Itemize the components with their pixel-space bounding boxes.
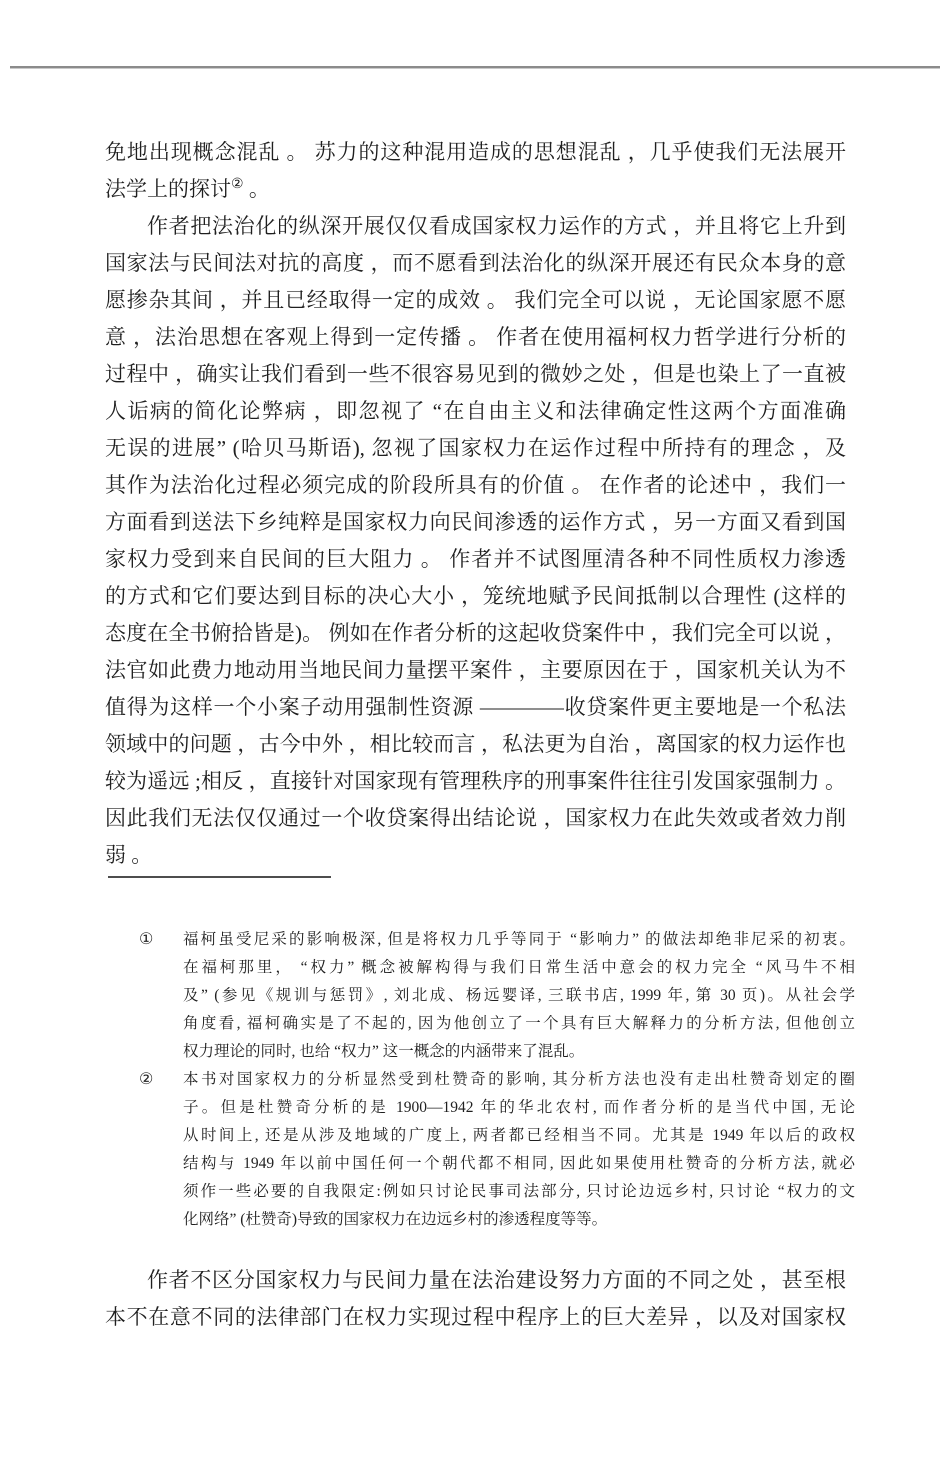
body-line: 作者不区分国家权力与民间力量在法治建设努力方面的不同之处 ，甚至根 <box>105 1262 846 1299</box>
body-line: 过程中 ，确实让我们看到一些不很容易见到的微妙之处 ，但是也染上了一直被 <box>105 356 846 393</box>
body-line: 较为遥远 ;相反 ，直接针对国家现有管理秩序的刑事案件往往引发国家强制力 。 <box>105 763 846 800</box>
body-line: 作者把法治化的纵深开展仅仅看成国家权力运作的方式 ，并且将它上升到 <box>105 208 846 245</box>
body-line: 值得为这样一个小案子动用强制性资源 ————收贷案件更主要地是一个私法 <box>105 689 846 726</box>
footnote-line: 从时间上, 还是从涉及地域的广度上, 两者都已经相当不同。尤其是 1949 年以… <box>183 1122 855 1150</box>
body-line: 方面看到送法下乡纯粹是国家权力向民间渗透的运作方式 ，另一方面又看到国 <box>105 504 846 541</box>
body-line-text: 法学上的探讨 <box>105 177 231 201</box>
footnote-line: 本书对国家权力的分析显然受到杜赞奇的影响, 其分析方法也没有走出杜赞奇划定的圈 <box>183 1066 855 1094</box>
footnote-2: ② 本书对国家权力的分析显然受到杜赞奇的影响, 其分析方法也没有走出杜赞奇划定的… <box>183 1066 855 1234</box>
body-line: 愿掺杂其间 ，并且已经取得一定的成效 。 我们完全可以说 ，无论国家愿不愿 <box>105 282 846 319</box>
body-line: 意 ，法治思想在客观上得到一定传播 。 作者在使用福柯权力哲学进行分析的 <box>105 319 846 356</box>
closing-paragraph: 作者不区分国家权力与民间力量在法治建设努力方面的不同之处 ，甚至根 本不在意不同… <box>105 1262 846 1336</box>
footnote-line: 权力理论的同时, 也给 “权力” 这一概念的内涵带来了混乱。 <box>183 1038 855 1066</box>
footnotes: ① 福柯虽受尼采的影响极深, 但是将权力几乎等同于 “影响力” 的做法却绝非尼采… <box>183 926 855 1234</box>
body-line: 的方式和它们要达到目标的决心大小 ，笼统地赋予民间抵制以合理性 (这样的 <box>105 578 846 615</box>
body-line-text: 。 <box>244 177 270 201</box>
body-line: 法官如此费力地动用当地民间力量摆平案件 ，主要原因在于 ，国家机关认为不 <box>105 652 846 689</box>
body-line: 弱 。 <box>105 837 846 874</box>
body-line: 无误的进展” (哈贝马斯语), 忽视了国家权力在运作过程中所持有的理念 ，及 <box>105 430 846 467</box>
footnote-line: 结构与 1949 年以前中国任何一个朝代都不相同, 因此如果使用杜赞奇的分析方法… <box>183 1150 855 1178</box>
body-line: 其作为法治化过程必须完成的阶段所具有的价值 。 在作者的论述中 ，我们一 <box>105 467 846 504</box>
body-line: 领域中的问题 ，古今中外 ，相比较而言 ，私法更为自治 ，离国家的权力运作也 <box>105 726 846 763</box>
body-line: 家权力受到来自民间的巨大阻力 。 作者并不试图厘清各种不同性质权力渗透 <box>105 541 846 578</box>
footnote-line: 及” (参见《规训与惩罚》, 刘北成、杨远婴译, 三联书店, 1999 年, 第… <box>183 982 855 1010</box>
footnote-line: 须作一些必要的自我限定:例如只讨论民事司法部分, 只讨论边远乡村, 只讨论 “权… <box>183 1178 855 1206</box>
footnote-marker-2: ② <box>139 1066 153 1094</box>
body-line: 人诟病的简化论弊病 ，即忽视了 “在自由主义和法律确定性这两个方面准确 <box>105 393 846 430</box>
body-line: 态度在全书俯拾皆是)。 例如在作者分析的这起收贷案件中 ，我们完全可以说 ， <box>105 615 846 652</box>
body-line: 国家法与民间法对抗的高度 ，而不愿看到法治化的纵深开展还有民众本身的意 <box>105 245 846 282</box>
footnote-line: 子。但是杜赞奇分析的是 1900—1942 年的华北农村, 而作者分析的是当代中… <box>183 1094 855 1122</box>
footnote-line: 角度看, 福柯确实是了不起的, 因为他创立了一个具有巨大解释力的分析方法, 但他… <box>183 1010 855 1038</box>
footnote-line: 福柯虽受尼采的影响极深, 但是将权力几乎等同于 “影响力” 的做法却绝非尼采的初… <box>183 926 855 954</box>
body-line: 法学上的探讨② 。 <box>105 171 846 208</box>
document-page: 免地出现概念混乱 。 苏力的这种混用造成的思想混乱 ，几乎使我们无法展开 法学上… <box>0 0 950 1482</box>
body-line: 免地出现概念混乱 。 苏力的这种混用造成的思想混乱 ，几乎使我们无法展开 <box>105 134 846 171</box>
body-line: 本不在意不同的法律部门在权力实现过程中程序上的巨大差异 ，以及对国家权 <box>105 1299 846 1336</box>
footnote-line: 化网络” (杜赞奇)导致的国家权力在边远乡村的渗透程度等等。 <box>183 1206 855 1234</box>
body-line: 因此我们无法仅仅通过一个收贷案得出结论说 ，国家权力在此失效或者效力削 <box>105 800 846 837</box>
footnote-ref-2: ② <box>231 177 244 192</box>
header-rule <box>10 66 940 69</box>
footnote-separator <box>108 876 331 878</box>
footnote-1: ① 福柯虽受尼采的影响极深, 但是将权力几乎等同于 “影响力” 的做法却绝非尼采… <box>183 926 855 1066</box>
footnote-marker-1: ① <box>139 926 153 954</box>
body-text: 免地出现概念混乱 。 苏力的这种混用造成的思想混乱 ，几乎使我们无法展开 法学上… <box>105 134 846 874</box>
footnote-line: 在福柯那里， “权力” 概念被解构得与我们日常生活中意会的权力完全 “风马牛不相 <box>183 954 855 982</box>
